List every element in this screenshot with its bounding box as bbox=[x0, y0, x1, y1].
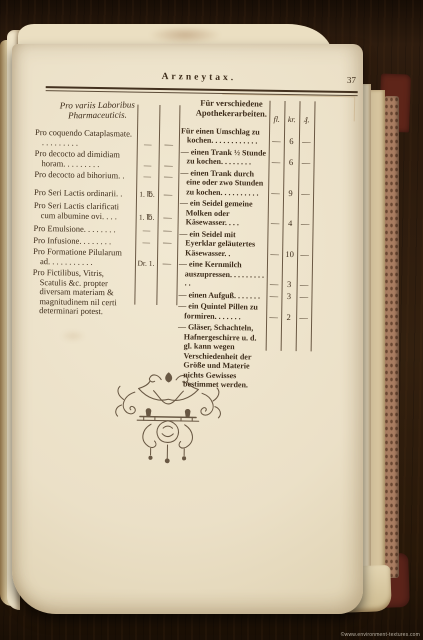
kreuzer-header: kr. bbox=[284, 115, 299, 125]
table-row: — einen Aufguß. . . . . . . — 3 — bbox=[176, 290, 328, 302]
latin-column-header: Pro variis Laboribus Pharmaceuticis. bbox=[33, 99, 161, 121]
german-entry: — eine Kernmilch auszupressen. . . . . .… bbox=[177, 259, 267, 289]
table-row: — einen Trank durch eine oder zwo Stunde… bbox=[178, 168, 330, 199]
latin-entry: Pro Seri Lactis clarificati cum albumine… bbox=[32, 201, 136, 222]
german-entry: — einen Trank durch eine oder zwo Stunde… bbox=[178, 168, 268, 198]
quantity-cell: — bbox=[135, 226, 157, 236]
pfennig-cell: — bbox=[298, 219, 313, 229]
kreuzer-cell: 3 bbox=[282, 280, 297, 290]
pfennig-header: ₰. bbox=[299, 115, 314, 125]
quantity-cell: — bbox=[137, 139, 159, 149]
table-row: — ein Seidel gemeine Molken oder Käsewas… bbox=[178, 198, 330, 229]
tailpiece-ornament bbox=[111, 365, 225, 469]
german-column: Für verschiedene Apothekerarbeiten. fl. … bbox=[175, 97, 332, 393]
ref-cell: — bbox=[157, 226, 177, 236]
photo-watermark: ©www.environment-textures.com bbox=[341, 632, 420, 638]
german-entry: — einen Trank ½ Stunde zu kochen. . . . … bbox=[179, 147, 269, 167]
ref-cell: — bbox=[158, 160, 178, 170]
table-row: Für einen Umschlag zu kochen. . . . . . … bbox=[179, 126, 331, 147]
latin-entry: Pro Formatione Pilularum ad. . . . . . .… bbox=[31, 247, 135, 268]
table-row: Pro Formatione Pilularum ad. . . . . . .… bbox=[31, 247, 177, 268]
florin-cell: — bbox=[268, 188, 283, 198]
table-row: Pro decocto ad bihorium. . — — bbox=[32, 170, 178, 182]
kreuzer-cell: 9 bbox=[283, 188, 298, 198]
latin-entry: Pro Seri Lactis ordinarii. . bbox=[32, 187, 136, 198]
pfennig-cell: — bbox=[298, 189, 313, 199]
ref-cell: — bbox=[159, 139, 179, 149]
kreuzer-cell: 4 bbox=[283, 219, 298, 229]
table-row: — eine Kernmilch auszupressen. . . . . .… bbox=[177, 259, 329, 290]
printed-content: Arzneytax. 37 Pro variis Laboribus Pharm… bbox=[29, 70, 364, 370]
ref-cell: — bbox=[157, 258, 177, 268]
quantity-cell: Dr. 1. bbox=[135, 258, 157, 268]
kreuzer-cell: 3 bbox=[281, 291, 296, 301]
table-row: — ein Quintel Pillen zu formiren. . . . … bbox=[176, 301, 328, 322]
florin-cell: — bbox=[269, 158, 284, 168]
pfennig-cell: — bbox=[296, 313, 311, 323]
table-row: Pro Seri Lactis ordinarii. . 1. ℔. — bbox=[32, 187, 178, 199]
table-row: Pro Emulsione. . . . . . . . — — bbox=[31, 224, 177, 236]
german-entry: — ein Quintel Pillen zu formiren. . . . … bbox=[176, 301, 266, 321]
florin-cell: — bbox=[267, 249, 282, 259]
pfennig-cell: — bbox=[296, 292, 311, 302]
ref-cell: — bbox=[158, 189, 178, 199]
quantity-cell: — bbox=[135, 237, 157, 247]
ref-cell: — bbox=[157, 237, 177, 247]
german-entry: — ein Seidel gemeine Molken oder Käsewas… bbox=[178, 198, 268, 228]
table-row: Pro coquendo Cataplasmate. . . . . . . .… bbox=[33, 128, 179, 149]
kreuzer-cell: 6 bbox=[284, 158, 299, 168]
kreuzer-cell: 10 bbox=[282, 249, 297, 259]
florin-cell: — bbox=[266, 291, 281, 301]
latin-entry: Pro decocto ad dimidiam horam. . . . . .… bbox=[32, 149, 136, 170]
pfennig-cell: — bbox=[298, 158, 313, 168]
latin-entry: Pro Fictilibus, Vitris, Scatulis &c. pro… bbox=[30, 268, 135, 317]
table-row: — ein Seidel mit Eyerklar geläutertes Kä… bbox=[177, 229, 329, 260]
latin-entry: Pro coquendo Cataplasmate. . . . . . . .… bbox=[33, 128, 137, 149]
german-entry: — ein Seidel mit Eyerklar geläutertes Kä… bbox=[177, 229, 267, 259]
pfennig-cell: — bbox=[299, 137, 314, 147]
kreuzer-cell: 6 bbox=[284, 137, 299, 147]
florin-cell: — bbox=[268, 219, 283, 229]
ref-cell: — bbox=[158, 212, 178, 222]
page-number: 37 bbox=[347, 75, 356, 85]
kreuzer-cell: 2 bbox=[281, 312, 296, 322]
quantity-cell: — bbox=[136, 160, 158, 170]
latin-entry: Pro Emulsione. . . . . . . . bbox=[31, 224, 135, 235]
table-row: Pro Fictilibus, Vitris, Scatulis &c. pro… bbox=[30, 268, 177, 318]
currency-header-row: fl. kr. ₰. bbox=[179, 113, 331, 125]
table-row: Pro decocto ad dimidiam horam. . . . . .… bbox=[32, 149, 178, 170]
pfennig-cell: — bbox=[297, 250, 312, 260]
ref-cell: — bbox=[158, 172, 178, 182]
price-table: Pro variis Laboribus Pharmaceuticis. Pro… bbox=[29, 93, 363, 370]
table-row: Pro Seri Lactis clarificati cum albumine… bbox=[32, 201, 178, 222]
quantity-cell: 1. ℔. bbox=[136, 212, 158, 222]
quantity-cell: 1. ℔. bbox=[136, 189, 158, 199]
sprinkled-page-block-edge bbox=[384, 96, 399, 578]
table-row: — einen Trank ½ Stunde zu kochen. . . . … bbox=[179, 147, 331, 168]
florin-header: fl. bbox=[269, 115, 284, 125]
florin-cell: — bbox=[267, 280, 282, 290]
florin-cell: — bbox=[269, 137, 284, 147]
latin-column: Pro variis Laboribus Pharmaceuticis. Pro… bbox=[30, 99, 179, 320]
latin-rows: Pro coquendo Cataplasmate. . . . . . . .… bbox=[30, 128, 179, 318]
quantity-cell: — bbox=[136, 172, 158, 182]
german-entry: Für einen Umschlag zu kochen. . . . . . … bbox=[179, 126, 269, 146]
latin-entry: Pro Infusione. . . . . . . . bbox=[31, 235, 135, 246]
currency-header-spacer bbox=[179, 113, 269, 124]
florin-cell: — bbox=[266, 312, 281, 322]
pfennig-cell: — bbox=[297, 280, 312, 290]
latin-entry: Pro decocto ad bihorium. . bbox=[32, 170, 136, 181]
german-entry: — einen Aufguß. . . . . . . bbox=[176, 290, 266, 301]
page-stain bbox=[148, 26, 222, 44]
book-photo: Arzneytax. 37 Pro variis Laboribus Pharm… bbox=[0, 0, 423, 640]
